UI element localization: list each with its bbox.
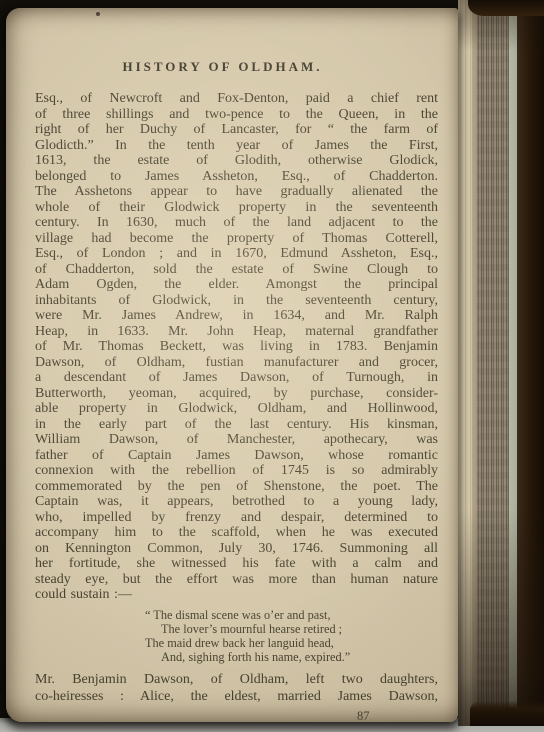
text-line: father of Captain James Dawson, whose ro…	[35, 448, 438, 464]
book-cover-edge	[517, 0, 544, 726]
poem-line: The maid drew back her languid head,	[145, 636, 438, 650]
page-edges-striped-band	[477, 0, 509, 726]
text-line: right of her Duchy of Lancaster, for “ t…	[35, 122, 438, 138]
page-edges-band	[458, 0, 472, 726]
poem-quote: “ The dismal scene was o’er and past,The…	[145, 608, 438, 665]
text-line: The Asshetons appear to have gradually a…	[35, 184, 438, 200]
text-line: of three shillings and two-pence to the …	[35, 107, 438, 123]
text-line: in the early part of the last century. H…	[35, 417, 438, 433]
page-content: HISTORY OF OLDHAM. Esq., of Newcroft and…	[35, 8, 438, 724]
endpaper-band	[509, 0, 517, 726]
text-line: Adam Ogden, the elder. Amongst the princ…	[35, 277, 438, 293]
text-line: Heap, in 1633. Mr. John Heap, maternal g…	[35, 324, 438, 340]
text-line: Esq., of London ; and in 1670, Edmund As…	[35, 246, 438, 262]
book-fore-edge	[458, 0, 544, 726]
cover-top-corner	[468, 0, 544, 16]
page-number: 87	[35, 709, 438, 724]
poem-line: “ The dismal scene was o’er and past,	[145, 608, 438, 622]
text-line: Mr. Benjamin Dawson, of Oldham, left two…	[35, 672, 438, 689]
body-text: Esq., of Newcroft and Fox-Denton, paid a…	[35, 91, 438, 603]
text-line: accompany him to the scaffold, when he w…	[35, 525, 438, 541]
text-line: who, impelled by frenzy and despair, det…	[35, 510, 438, 526]
text-line: a descendant of James Dawson, of Turnoug…	[35, 370, 438, 386]
text-line: commemorated by the pen of Shenstone, th…	[35, 479, 438, 495]
text-line: Dawson, of Oldham, fustian manufacturer …	[35, 355, 438, 371]
text-line: William Dawson, of Manchester, apothecar…	[35, 432, 438, 448]
text-line: co-heiresses : Alice, the eldest, marrie…	[35, 689, 438, 706]
poem-line: And, sighing forth his name, expired.”	[161, 650, 438, 664]
page-edges-shadow-band	[472, 0, 477, 726]
text-line: Esq., of Newcroft and Fox-Denton, paid a…	[35, 91, 438, 107]
cover-bottom-corner	[470, 700, 544, 726]
text-line: able property in Glodwick, Oldham, and H…	[35, 401, 438, 417]
text-line: village had become the property of Thoma…	[35, 231, 438, 247]
text-line: 1613, the estate of Glodith, otherwise G…	[35, 153, 438, 169]
poem-line: The lover’s mournful hearse retired ;	[161, 622, 438, 636]
text-line: could sustain :—	[35, 587, 438, 603]
book-photo: HISTORY OF OLDHAM. Esq., of Newcroft and…	[0, 0, 544, 732]
text-line: Butterworth, yeoman, acquired, by purcha…	[35, 386, 438, 402]
text-line: of Mr. Thomas Beckett, was living in 178…	[35, 339, 438, 355]
text-line: inhabitants of Glodwick, in the seventee…	[35, 293, 438, 309]
text-line: were Mr. James Andrew, in 1634, and Mr. …	[35, 308, 438, 324]
text-line: on Kennington Common, July 30, 1746. Sum…	[35, 541, 438, 557]
closing-paragraph: Mr. Benjamin Dawson, of Oldham, left two…	[35, 672, 438, 705]
book-page: HISTORY OF OLDHAM. Esq., of Newcroft and…	[6, 8, 458, 722]
text-line: century. In 1630, much of the land adjac…	[35, 215, 438, 231]
text-line: belonged to James Assheton, Esq., of Cha…	[35, 169, 438, 185]
text-line: of Chadderton, sold the estate of Swine …	[35, 262, 438, 278]
running-header: HISTORY OF OLDHAM.	[35, 60, 438, 74]
text-line: steady eye, but the effort was more than…	[35, 572, 438, 588]
text-line: whole of their Glodwick property in the …	[35, 200, 438, 216]
text-line: her fortitude, she witnessed his fate wi…	[35, 556, 438, 572]
text-line: Captain was, it appears, betrothed to a …	[35, 494, 438, 510]
text-line: connexion with the rebellion of 1745 is …	[35, 463, 438, 479]
text-line: Glodicth.” In the tenth year of James th…	[35, 138, 438, 154]
